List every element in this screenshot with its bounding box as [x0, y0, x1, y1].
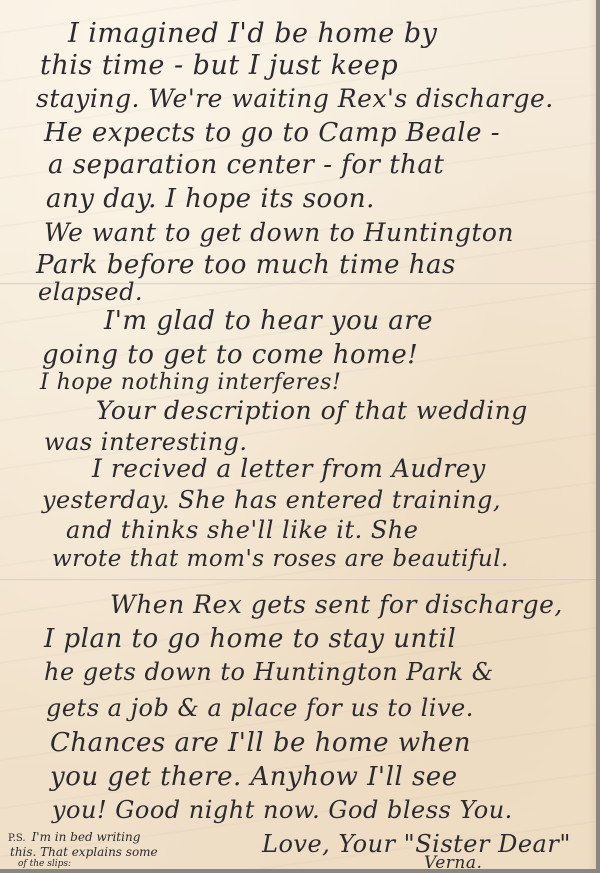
letter-line: you! Good night now. God bless You. [52, 796, 513, 824]
postscript-line-2: this. That explains some [10, 845, 158, 859]
letter-line: Chances are I'll be home when [50, 728, 471, 758]
letter-line: I plan to go home to stay until [44, 624, 456, 654]
postscript-line-1: P.S.I'm in bed writing [8, 830, 140, 844]
letter-line: He expects to go to Camp Beale - [44, 118, 500, 148]
letter-line: I recived a letter from Audrey [92, 454, 486, 483]
letter-closing: Love, Your "Sister Dear" [262, 830, 571, 858]
letter-line: was interesting. [44, 428, 248, 456]
letter-line: a separation center - for that [48, 150, 444, 180]
letter-line: you get there. Anyhow I'll see [50, 762, 458, 792]
postscript-label: P.S. [8, 833, 26, 844]
letter-line: any day. I hope its soon. [46, 184, 375, 214]
letter-line: yesterday. She has entered training, [42, 486, 501, 514]
letter-line: this time - but I just keep [40, 50, 398, 81]
letter-line: elapsed. [38, 278, 143, 306]
postscript-line-3: of the slips: [18, 859, 71, 869]
letter-line: gets a job & a place for us to live. [46, 694, 474, 722]
letter-line: When Rex gets sent for discharge, [110, 590, 563, 619]
letter-line: I'm glad to hear you are [104, 306, 433, 336]
letter-signature: Verna. [424, 853, 482, 869]
postscript-text: I'm in bed writing [32, 830, 141, 844]
letter-line: I hope nothing interferes! [40, 370, 341, 395]
letter-line: I imagined I'd be home by [68, 18, 437, 49]
letter-line: and thinks she'll like it. She [66, 516, 418, 544]
letter-line: he gets down to Huntington Park & [44, 658, 494, 686]
letter-line: Park before too much time has [36, 250, 456, 280]
fold-crease [0, 578, 596, 581]
letter-line: staying. We're waiting Rex's discharge. [36, 84, 554, 113]
letter-line: Your description of that wedding [96, 396, 528, 425]
letter-line: wrote that mom's roses are beautiful. [52, 546, 509, 572]
letter-line: going to get to come home! [42, 340, 418, 370]
letter-line: We want to get down to Huntington [44, 218, 514, 247]
letter-page: I imagined I'd be home by this time - bu… [0, 0, 596, 869]
